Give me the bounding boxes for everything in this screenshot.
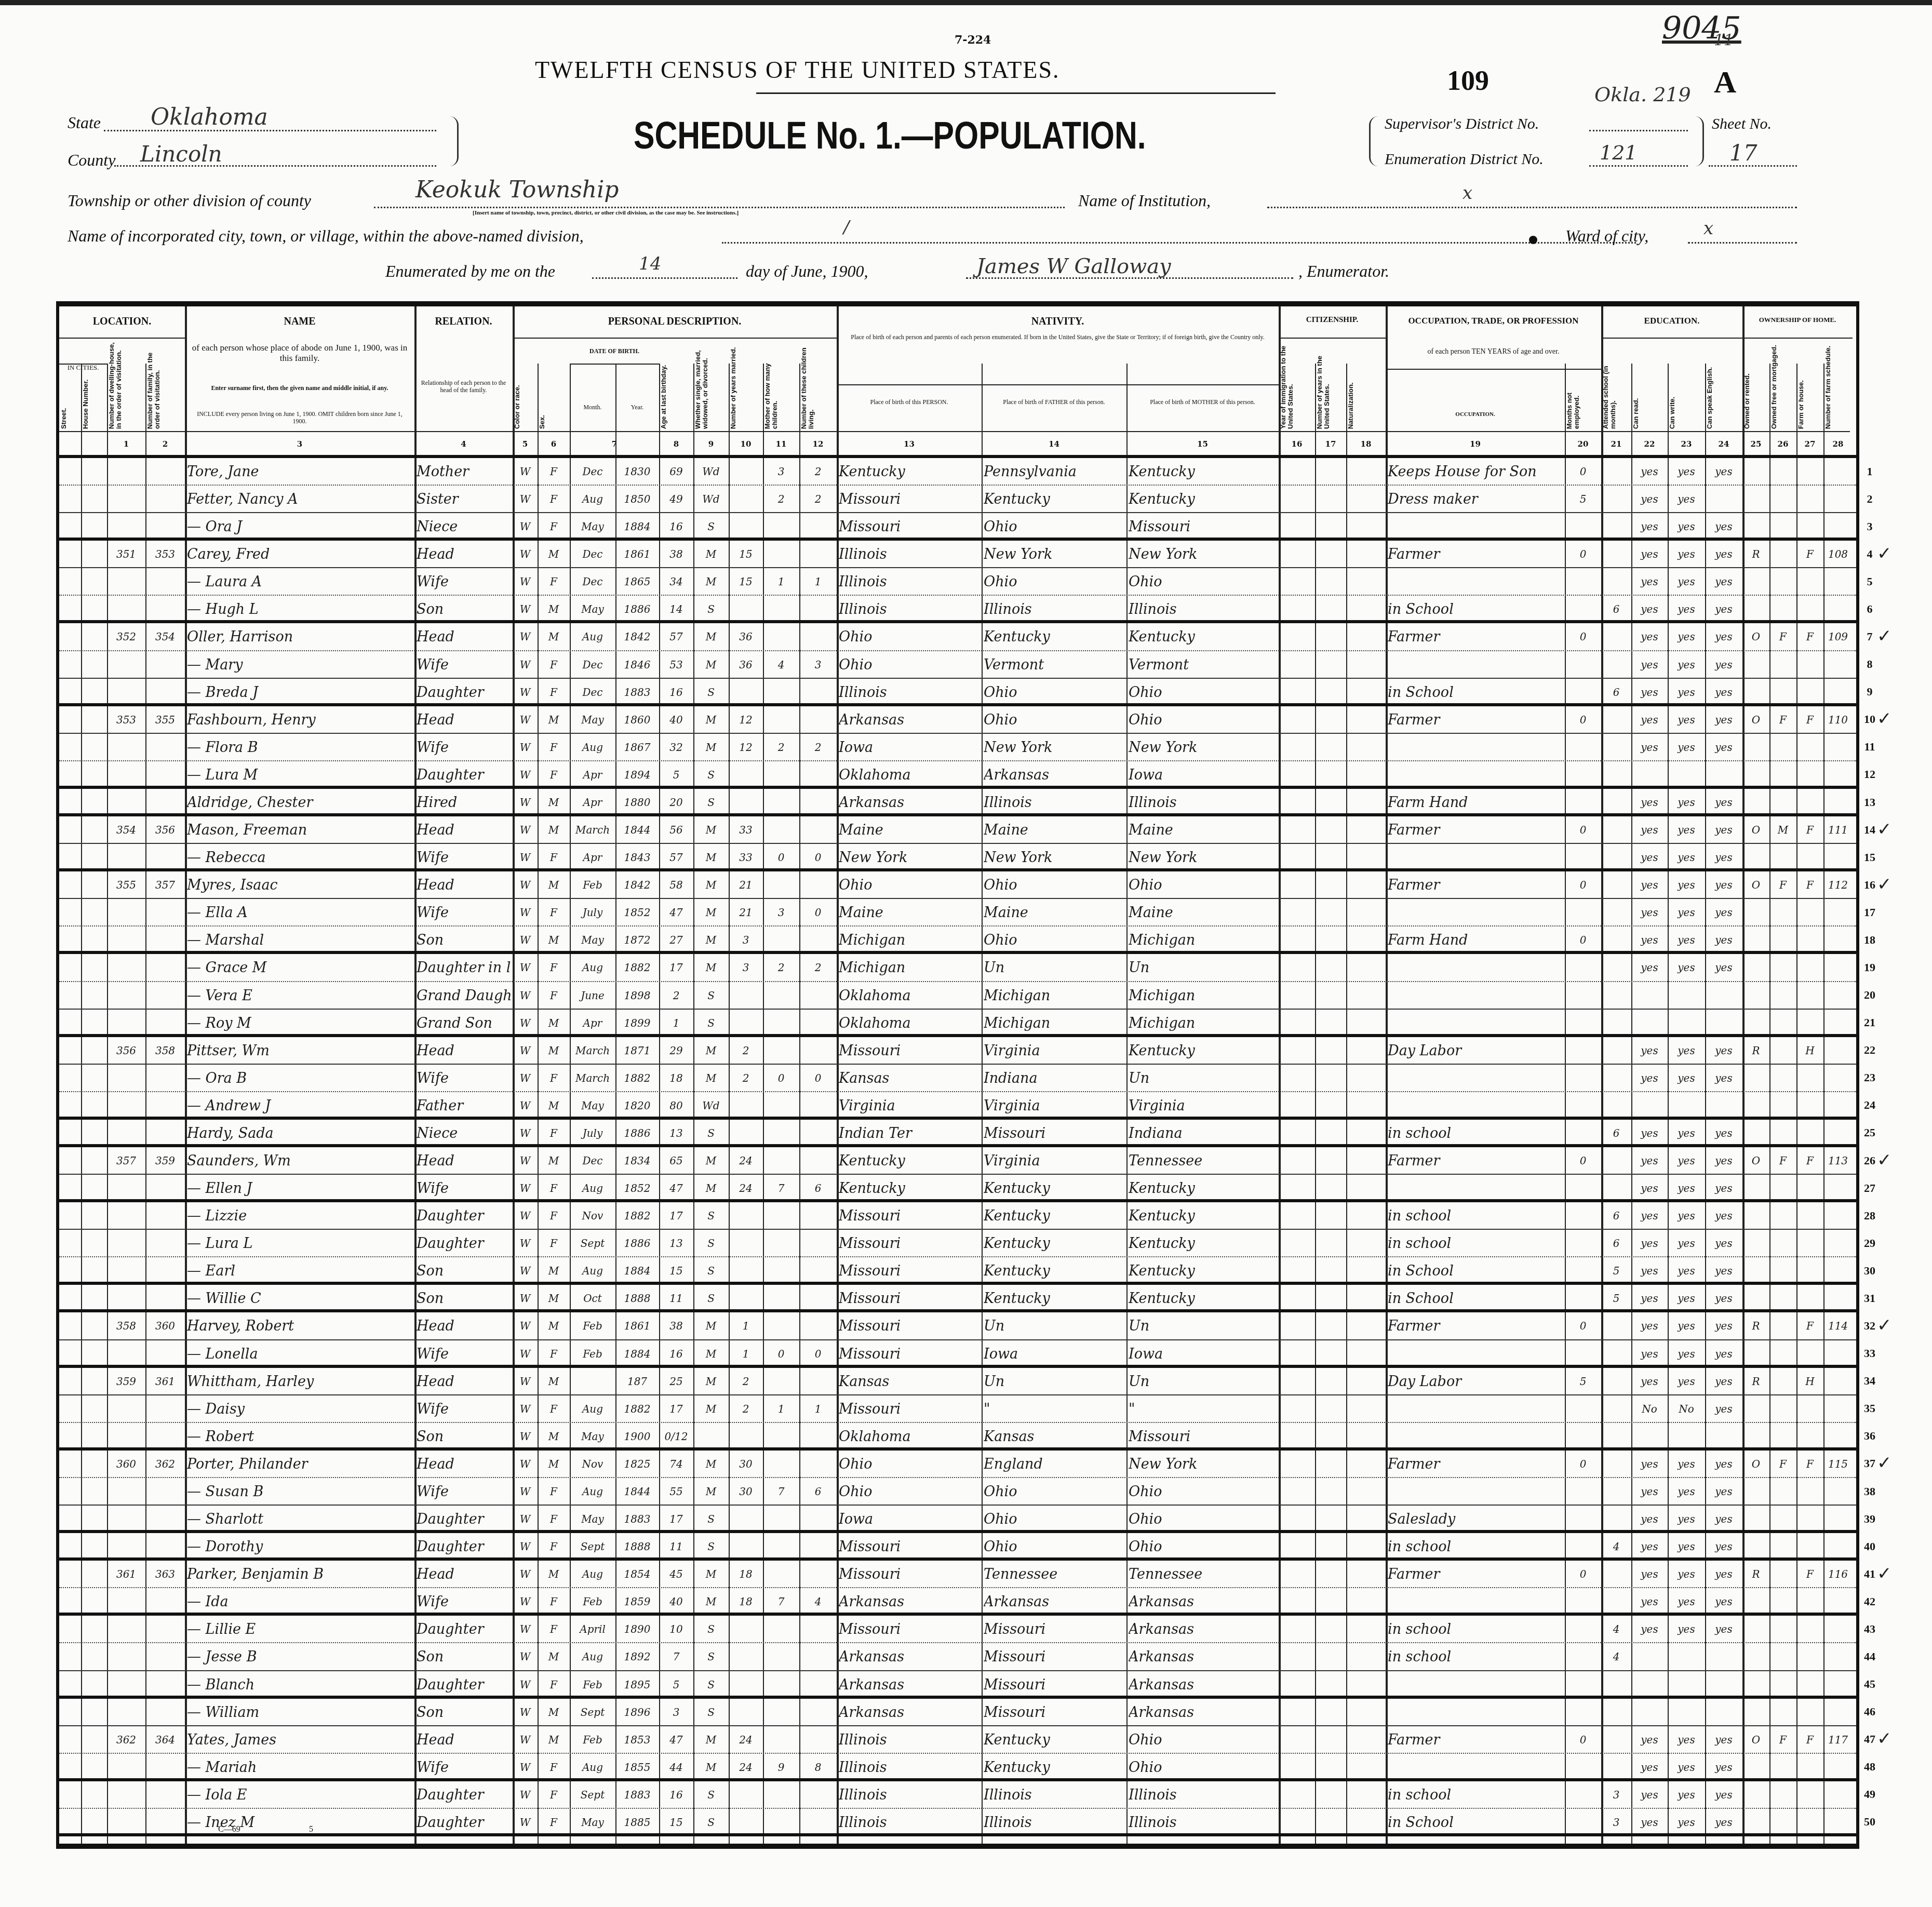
brace xyxy=(450,116,459,166)
cell-pobm: Michigan xyxy=(1129,984,1277,1008)
cell-fam xyxy=(147,1232,183,1255)
cell-chl xyxy=(801,1811,835,1834)
person-name-field[interactable]: — Grace M xyxy=(187,956,412,979)
cell-mar: S xyxy=(695,1287,727,1310)
cell-fs xyxy=(1826,1480,1850,1503)
occupation-field xyxy=(1388,763,1563,787)
cell-col: W xyxy=(515,1618,535,1641)
occupation-field: Farmer xyxy=(1388,1314,1563,1338)
cell-mar: M xyxy=(695,1177,727,1200)
person-name-field[interactable]: — Ora B xyxy=(187,1067,412,1090)
cell-moc xyxy=(765,1039,797,1063)
cell-age: 5 xyxy=(661,763,691,787)
cell-wr: yes xyxy=(1670,1259,1703,1283)
person-name-field[interactable]: — Sharlott xyxy=(187,1508,412,1531)
cell-rel: Daughter xyxy=(417,1508,511,1531)
table-row: — Laura AWifeWFDec186534M1511IllinoisOhi… xyxy=(59,568,1856,596)
cell-chl xyxy=(801,1039,835,1063)
person-name-field[interactable]: — Ellen J xyxy=(187,1177,412,1200)
cell-pobf: Iowa xyxy=(984,1342,1124,1366)
cell-fam xyxy=(147,1673,183,1697)
cell-mo: Feb xyxy=(572,1342,613,1366)
cell-rd xyxy=(1633,984,1666,1008)
cell-rd: yes xyxy=(1633,1618,1666,1641)
cell-sch xyxy=(1603,1756,1629,1779)
cell-rel: Niece xyxy=(417,515,511,539)
cell-pob: Arkansas xyxy=(839,1645,980,1669)
person-name-field[interactable]: Aldridge, Chester xyxy=(187,791,412,814)
person-name-field[interactable]: Myres, Isaac xyxy=(187,874,412,897)
cell-yr: 1884 xyxy=(618,515,657,539)
cell-chl xyxy=(801,818,835,842)
cell-en: yes xyxy=(1707,1590,1740,1614)
cell-moc: 1 xyxy=(765,1398,797,1421)
cell-farm xyxy=(1799,984,1821,1008)
vertical-header-owned-rented: Owned or rented. xyxy=(1743,341,1768,429)
cell-own xyxy=(1745,1756,1767,1779)
ward-line xyxy=(1688,242,1797,244)
cell-chl xyxy=(801,1122,835,1145)
occupation-field xyxy=(1388,956,1563,979)
cell-col: W xyxy=(515,1314,535,1338)
person-name-field[interactable]: — Hugh L xyxy=(187,598,412,621)
person-name-field[interactable]: — Earl xyxy=(187,1259,412,1283)
cell-moc xyxy=(765,929,797,952)
occupation-field xyxy=(1388,846,1563,869)
person-name-field[interactable]: — Dorothy xyxy=(187,1535,412,1559)
cell-fam xyxy=(147,488,183,511)
vertical-header-color: Color or race. xyxy=(514,341,536,429)
row-number: 38 xyxy=(1859,1485,1880,1498)
cell-sex: M xyxy=(540,708,568,732)
cell-own xyxy=(1745,1508,1767,1531)
cell-dw xyxy=(109,1508,143,1531)
cell-rd xyxy=(1633,1425,1666,1448)
cell-sch xyxy=(1603,653,1629,677)
person-name-field[interactable]: — Rebecca xyxy=(187,846,412,869)
vertical-header-age: Age at last birthday. xyxy=(660,341,692,429)
person-name-field[interactable]: — Flora B xyxy=(187,736,412,759)
cell-pobm: Maine xyxy=(1129,818,1277,842)
person-name-field[interactable]: — Daisy xyxy=(187,1398,412,1421)
city-value[interactable]: / xyxy=(843,217,849,238)
cell-own xyxy=(1745,763,1767,787)
cell-age: 44 xyxy=(661,1756,691,1779)
cell-sch: 3 xyxy=(1603,1811,1629,1834)
cell-pob: Arkansas xyxy=(839,1590,980,1614)
cell-rd: yes xyxy=(1633,929,1666,952)
person-name-field[interactable]: — Ida xyxy=(187,1590,412,1614)
cell-rel: Wife xyxy=(417,1177,511,1200)
header-pob-person: Place of birth of this PERSON. xyxy=(837,398,982,406)
cell-sch xyxy=(1603,460,1629,484)
cell-age: 17 xyxy=(661,1204,691,1228)
header-ownership: OWNERSHIP OF HOME. xyxy=(1742,316,1853,324)
cell-fs: 108 xyxy=(1826,543,1850,566)
enumeration-value[interactable]: 121 xyxy=(1600,141,1638,164)
cell-pobm: Missouri xyxy=(1129,515,1277,539)
cell-mo: April xyxy=(572,1618,613,1641)
cell-rd: yes xyxy=(1633,1287,1666,1310)
cell-yr: 1880 xyxy=(618,791,657,814)
cell-fam: 360 xyxy=(147,1314,183,1338)
cell-moc: 0 xyxy=(765,1067,797,1090)
cell-own: R xyxy=(1745,1563,1767,1586)
cell-sex: F xyxy=(540,1673,568,1697)
cell-pobf: Kentucky xyxy=(984,1204,1124,1228)
cell-own xyxy=(1745,846,1767,869)
cell-ym: 30 xyxy=(731,1453,761,1476)
cell-fam xyxy=(147,1094,183,1118)
cell-rd: yes xyxy=(1633,818,1666,842)
cell-rel: Wife xyxy=(417,1756,511,1779)
cell-own xyxy=(1745,1645,1767,1669)
header-nativity-desc: Place of birth of each person and parent… xyxy=(842,333,1273,341)
cell-own xyxy=(1745,1232,1767,1255)
cell-wr: yes xyxy=(1670,570,1703,594)
person-name-field[interactable]: Hardy, Sada xyxy=(187,1122,412,1145)
person-name-field[interactable]: Carey, Fred xyxy=(187,543,412,566)
enumerator-name[interactable]: James W Galloway xyxy=(976,254,1171,278)
table-row: — Willie CSonWMOct188811SMissouriKentuck… xyxy=(59,1285,1856,1312)
cell-pob: Iowa xyxy=(839,736,980,759)
cell-unemp xyxy=(1567,1177,1599,1200)
cell-rel: Niece xyxy=(417,1122,511,1145)
cell-rd: yes xyxy=(1633,1177,1666,1200)
cell-moc xyxy=(765,1370,797,1393)
cell-unemp xyxy=(1567,1287,1599,1310)
table-row: Aldridge, ChesterHiredWMApr188020SArkans… xyxy=(59,789,1856,816)
cell-fam xyxy=(147,846,183,869)
cell-unemp xyxy=(1567,598,1599,621)
cell-wr: yes xyxy=(1670,1067,1703,1090)
cell-own: R xyxy=(1745,543,1767,566)
person-name-field[interactable]: — Lura L xyxy=(187,1232,412,1255)
cell-pobf: Ohio xyxy=(984,874,1124,897)
cell-age: 47 xyxy=(661,901,691,924)
cell-yr: 1883 xyxy=(618,1508,657,1531)
cell-own: R xyxy=(1745,1039,1767,1063)
cell-unemp xyxy=(1567,1122,1599,1145)
cell-ym xyxy=(731,1618,761,1641)
cell-dw xyxy=(109,1618,143,1641)
cell-rel: Head xyxy=(417,1149,511,1173)
column-number: 18 xyxy=(1346,439,1386,449)
cell-farm xyxy=(1799,460,1821,484)
cell-pobf: Kansas xyxy=(984,1425,1124,1448)
cell-mo: July xyxy=(572,901,613,924)
cell-unemp xyxy=(1567,901,1599,924)
cell-pob: Missouri xyxy=(839,1535,980,1559)
state-label: State xyxy=(68,113,101,132)
cell-pobf: Virginia xyxy=(984,1149,1124,1173)
cell-own xyxy=(1745,984,1767,1008)
cell-age: 13 xyxy=(661,1122,691,1145)
cell-wr: yes xyxy=(1670,1618,1703,1641)
cell-pob: Ohio xyxy=(839,1453,980,1476)
cell-mar: S xyxy=(695,1783,727,1807)
cell-dw xyxy=(109,1756,143,1779)
column-number: 26 xyxy=(1769,439,1796,449)
cell-rel: Sister xyxy=(417,488,511,511)
cell-en: yes xyxy=(1707,846,1740,869)
cell-mo: May xyxy=(572,1508,613,1531)
cell-age: 25 xyxy=(661,1370,691,1393)
cell-col: W xyxy=(515,1535,535,1559)
cell-pob: Missouri xyxy=(839,515,980,539)
cell-unemp xyxy=(1567,1259,1599,1283)
cell-fam xyxy=(147,681,183,704)
cell-ym xyxy=(731,1204,761,1228)
person-name-field[interactable]: Whittham, Harley xyxy=(187,1370,412,1393)
vertical-header-years-us: Number of years in the United States. xyxy=(1316,341,1345,429)
row-number: 31 xyxy=(1859,1292,1880,1305)
form-number: 7-224 xyxy=(955,33,991,47)
cell-own xyxy=(1745,791,1767,814)
cell-ym: 36 xyxy=(731,625,761,649)
cell-mo: June xyxy=(572,984,613,1008)
cell-chl: 6 xyxy=(801,1480,835,1503)
cell-col: W xyxy=(515,1094,535,1118)
table-row: Tore, JaneMotherWFDec183069Wd32KentuckyP… xyxy=(59,458,1856,486)
township-value[interactable]: Keokuk Township xyxy=(415,177,619,203)
person-name-field[interactable]: Saunders, Wm xyxy=(187,1149,412,1173)
table-row: 361363Parker, Benjamin BHeadWMAug185445M… xyxy=(59,1561,1856,1588)
cell-sch xyxy=(1603,1177,1629,1200)
cell-own xyxy=(1745,1673,1767,1697)
cell-fam xyxy=(147,791,183,814)
row-number: 20 xyxy=(1859,988,1880,1002)
cell-own xyxy=(1745,570,1767,594)
header-rule xyxy=(1386,369,1601,370)
cell-fam: 364 xyxy=(147,1728,183,1752)
person-name-field[interactable]: — Marshal xyxy=(187,929,412,952)
cell-moc: 9 xyxy=(765,1756,797,1779)
cell-chl xyxy=(801,1259,835,1283)
cell-farm: F xyxy=(1799,1149,1821,1173)
cell-en xyxy=(1707,488,1740,511)
cell-sex: F xyxy=(540,1177,568,1200)
cell-free xyxy=(1772,1287,1794,1310)
cell-yr: 1899 xyxy=(618,1012,657,1035)
cell-en: yes xyxy=(1707,1232,1740,1255)
cell-col: W xyxy=(515,653,535,677)
occupation-field xyxy=(1388,570,1563,594)
sheet-letter: A xyxy=(1714,64,1736,100)
person-name-field[interactable]: — Ora J xyxy=(187,515,412,539)
cell-ym xyxy=(731,763,761,787)
table-row: — Ellen JWifeWFAug185247M2476KentuckyKen… xyxy=(59,1175,1856,1202)
cell-free xyxy=(1772,1039,1794,1063)
cell-unemp: 0 xyxy=(1567,460,1599,484)
state-value[interactable]: Oklahoma xyxy=(151,104,268,130)
cell-mo: May xyxy=(572,1094,613,1118)
person-name-field[interactable]: — Blanch xyxy=(187,1673,412,1697)
cell-pobf: Ohio xyxy=(984,1535,1124,1559)
table-row: — WilliamSonWMSept18963SArkansasMissouri… xyxy=(59,1699,1856,1726)
cell-unemp: 0 xyxy=(1567,929,1599,952)
person-name-field[interactable]: Oller, Harrison xyxy=(187,625,412,649)
institution-value[interactable]: x xyxy=(1463,183,1472,204)
cell-yr: 1890 xyxy=(618,1618,657,1641)
person-name-field[interactable]: — Susan B xyxy=(187,1480,412,1503)
person-name-field[interactable]: — Willie C xyxy=(187,1287,412,1310)
cell-col: W xyxy=(515,1287,535,1310)
cell-own xyxy=(1745,598,1767,621)
column-number: 9 xyxy=(693,439,729,449)
cell-fs: 115 xyxy=(1826,1453,1850,1476)
cell-own xyxy=(1745,1094,1767,1118)
cell-rel: Wife xyxy=(417,1480,511,1503)
header-rule xyxy=(59,431,1850,432)
ward-value[interactable]: x xyxy=(1703,218,1713,239)
cell-wr: yes xyxy=(1670,1480,1703,1503)
cell-moc xyxy=(765,1453,797,1476)
person-name-field[interactable]: — Vera E xyxy=(187,984,412,1008)
cell-fs xyxy=(1826,956,1850,979)
vertical-header-sex: Sex. xyxy=(539,341,569,429)
cell-moc xyxy=(765,1425,797,1448)
cell-chl xyxy=(801,763,835,787)
cell-farm xyxy=(1799,1012,1821,1035)
cell-yr: 1896 xyxy=(618,1701,657,1724)
cell-en: yes xyxy=(1707,1122,1740,1145)
person-name-field[interactable]: — Mary xyxy=(187,653,412,677)
person-name-field[interactable]: — Lonella xyxy=(187,1342,412,1366)
cell-farm xyxy=(1799,1508,1821,1531)
cell-mo: Nov xyxy=(572,1453,613,1476)
person-name-field[interactable]: Fetter, Nancy A xyxy=(187,488,412,511)
cell-farm xyxy=(1799,1618,1821,1641)
county-value[interactable]: Lincoln xyxy=(140,141,222,167)
cell-pob: Oklahoma xyxy=(839,1012,980,1035)
person-name-field[interactable]: — Ella A xyxy=(187,901,412,924)
cell-pobm: Kentucky xyxy=(1129,1177,1277,1200)
occupation-field: in School xyxy=(1388,1811,1563,1834)
table-row: — Grace MDaughter in lawWFAug188217M322M… xyxy=(59,954,1856,982)
cell-yr: 1867 xyxy=(618,736,657,759)
occupation-field xyxy=(1388,515,1563,539)
cell-mo: Feb xyxy=(572,1673,613,1697)
person-name-field[interactable]: — Iola E xyxy=(187,1783,412,1807)
supervisor-value[interactable]: Okla. 219 xyxy=(1594,83,1691,106)
cell-dw xyxy=(109,1177,143,1200)
table-row: — RobertSonWMMay19000/12OklahomaKansasMi… xyxy=(59,1423,1856,1451)
cell-yr: 1892 xyxy=(618,1645,657,1669)
cell-pobf: Virginia xyxy=(984,1094,1124,1118)
cell-free xyxy=(1772,653,1794,677)
cell-fam xyxy=(147,1259,183,1283)
cell-fam xyxy=(147,598,183,621)
cell-rd: yes xyxy=(1633,1783,1666,1807)
cell-free xyxy=(1772,846,1794,869)
cell-yr: 1882 xyxy=(618,1067,657,1090)
person-name-field[interactable]: — William xyxy=(187,1701,412,1724)
person-name-field[interactable]: — Lillie E xyxy=(187,1618,412,1641)
cell-rel: Head xyxy=(417,1314,511,1338)
person-name-field[interactable]: Harvey, Robert xyxy=(187,1314,412,1338)
person-name-field[interactable]: Mason, Freeman xyxy=(187,818,412,842)
footer-mark-2: 5 xyxy=(309,1825,313,1834)
cell-pobf: Ohio xyxy=(984,1480,1124,1503)
person-name-field[interactable]: — Lizzie xyxy=(187,1204,412,1228)
cell-fam: 363 xyxy=(147,1563,183,1586)
person-name-field[interactable]: Tore, Jane xyxy=(187,460,412,484)
person-name-field[interactable]: Yates, James xyxy=(187,1728,412,1752)
person-name-field[interactable]: Porter, Philander xyxy=(187,1453,412,1476)
cell-mo xyxy=(572,1370,613,1393)
cell-rel: Head xyxy=(417,1039,511,1063)
cell-farm xyxy=(1799,1204,1821,1228)
table-row: — MaryWifeWFDec184653M3643OhioVermontVer… xyxy=(59,651,1856,679)
column-number: 12 xyxy=(799,439,837,449)
cell-sch xyxy=(1603,736,1629,759)
cell-mar: M xyxy=(695,874,727,897)
cell-fam xyxy=(147,515,183,539)
cell-farm: H xyxy=(1799,1370,1821,1393)
cell-fs xyxy=(1826,1370,1850,1393)
cell-pobf: Ohio xyxy=(984,570,1124,594)
cell-mo: Aug xyxy=(572,488,613,511)
cell-age: 5 xyxy=(661,1673,691,1697)
checkmark-icon: ✓ xyxy=(1877,543,1892,564)
person-name-field[interactable]: — Robert xyxy=(187,1425,412,1448)
cell-fs: 117 xyxy=(1826,1728,1850,1752)
person-name-field[interactable]: Pittser, Wm xyxy=(187,1039,412,1063)
cell-moc xyxy=(765,1232,797,1255)
person-name-field[interactable]: — Laura A xyxy=(187,570,412,594)
cell-moc xyxy=(765,791,797,814)
column-number: 28 xyxy=(1823,439,1853,449)
cell-mo: Aug xyxy=(572,1398,613,1421)
cell-pobm: Maine xyxy=(1129,901,1277,924)
person-name-field[interactable]: — Roy M xyxy=(187,1012,412,1035)
cell-fs: 110 xyxy=(1826,708,1850,732)
cell-rd: yes xyxy=(1633,1756,1666,1779)
person-name-field[interactable]: Parker, Benjamin B xyxy=(187,1563,412,1586)
cell-fam xyxy=(147,901,183,924)
enumerated-day[interactable]: 14 xyxy=(639,253,661,274)
person-name-field[interactable]: — Breda J xyxy=(187,681,412,704)
cell-en: yes xyxy=(1707,1067,1740,1090)
person-name-field[interactable]: — Lura M xyxy=(187,763,412,787)
cell-pobm: New York xyxy=(1129,1453,1277,1476)
cell-chl xyxy=(801,625,835,649)
person-name-field[interactable]: — Jesse B xyxy=(187,1645,412,1669)
sheet-value[interactable]: 17 xyxy=(1729,140,1757,166)
table-row: 352354Oller, HarrisonHeadWMAug184257M36O… xyxy=(59,623,1856,651)
cell-unemp xyxy=(1567,1590,1599,1614)
cell-pobm: Arkansas xyxy=(1129,1618,1277,1641)
cell-dw xyxy=(109,1645,143,1669)
cell-chl: 2 xyxy=(801,736,835,759)
person-name-field[interactable]: — Mariah xyxy=(187,1756,412,1779)
cell-rel: Father xyxy=(417,1094,511,1118)
table-row: — LizzieDaughterWFNov188217SMissouriKent… xyxy=(59,1202,1856,1230)
person-name-field[interactable]: Fashbourn, Henry xyxy=(187,708,412,732)
occupation-field xyxy=(1388,1177,1563,1200)
cell-pobm: Michigan xyxy=(1129,929,1277,952)
cell-col: W xyxy=(515,1232,535,1255)
person-name-field[interactable]: — Andrew J xyxy=(187,1094,412,1118)
cell-col: W xyxy=(515,1177,535,1200)
cell-pobm: Ohio xyxy=(1129,1728,1277,1752)
column-number: 7 xyxy=(570,439,659,449)
cell-age: 40 xyxy=(661,708,691,732)
cell-pob: Arkansas xyxy=(839,708,980,732)
cell-dw xyxy=(109,653,143,677)
cell-farm xyxy=(1799,736,1821,759)
